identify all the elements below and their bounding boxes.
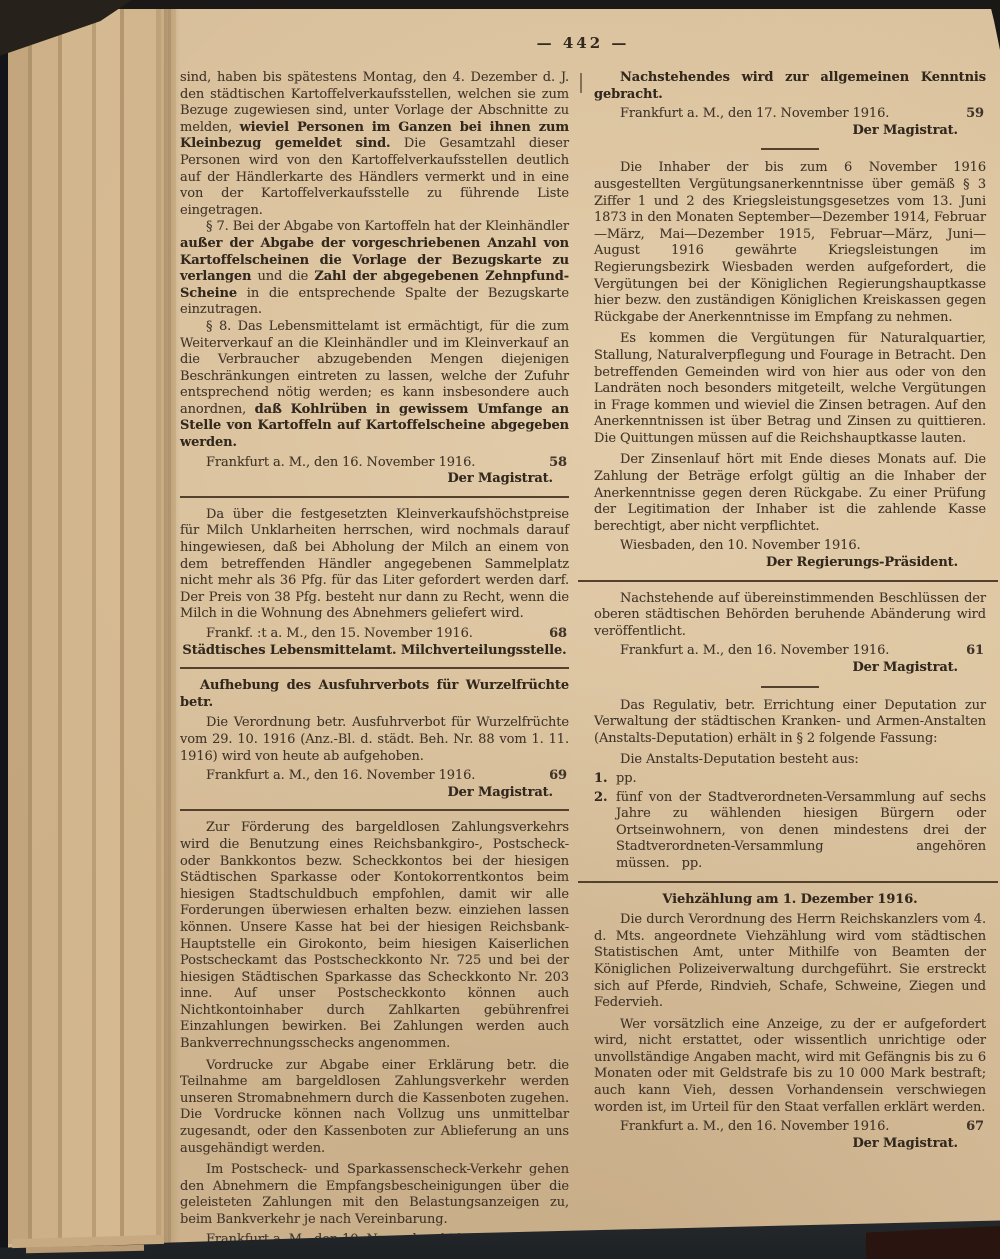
text-run: und die <box>251 269 314 284</box>
paragraph: Die Inhaber der bis zum 6 November 1916 … <box>594 160 986 326</box>
list-item: 2.fünf von der Stadtverordneten-Versamml… <box>594 790 986 873</box>
paragraph: § 8. Das Lebensmittelamt ist ermächtigt,… <box>180 319 569 452</box>
notice-section-milk: Da über die festgesetzten Kleinverkaufsh… <box>180 507 569 659</box>
section-divider <box>180 667 569 669</box>
dateline-text: Frankfurt a. M., den 16. November 1916. <box>180 768 475 785</box>
list-item-number: 2. <box>594 790 616 873</box>
dateline-text: Wiesbaden, den 10. November 1916. <box>594 538 861 555</box>
page-edge-shadow <box>164 8 180 1244</box>
dateline-text: Frankfurt a. M., den 16. November 1916. <box>594 1119 889 1136</box>
notice-heading: Viehzählung am 1. Dezember 1916. <box>594 892 986 909</box>
paragraph: Es kommen die Vergütungen für Naturalqua… <box>594 331 986 447</box>
notice-number: 67 <box>966 1119 986 1136</box>
signature: Der Magistrat. <box>594 660 986 677</box>
notice-number: 68 <box>549 626 569 643</box>
notice-section-potatoes: sind, haben bis spätestens Montag, den 4… <box>180 70 569 488</box>
section-divider <box>578 580 998 582</box>
paragraph: Das Regulativ, betr. Errichtung einer De… <box>594 698 986 748</box>
dateline: Frankfurt a. M., den 16. November 1916.5… <box>180 455 569 472</box>
paragraph: sind, haben bis spätestens Montag, den 4… <box>180 70 569 219</box>
page-edge-stack <box>8 8 176 1244</box>
column-divider <box>580 73 582 93</box>
list-item: 1.pp. <box>594 771 986 788</box>
text-run: in die entsprechende Spalte der Bezugska… <box>180 286 569 318</box>
dateline-text: Frankfurt a. M., den 17. November 1916. <box>594 106 889 123</box>
section-divider <box>578 881 998 883</box>
list-item-number: 1. <box>594 771 616 788</box>
notice-number: 69 <box>549 768 569 785</box>
paragraph: Nachstehendes wird zur allgemeinen Kennt… <box>594 70 986 103</box>
dateline-text: Frankfurt a. M., den 16. November 1916. <box>180 455 475 472</box>
dateline-text: Frankfurt a. M., den 16. November 1916. <box>594 643 889 660</box>
signature: Der Magistrat. <box>180 471 569 488</box>
paragraph: Zur Förderung des bargeldlosen Zahlungsv… <box>180 820 569 1052</box>
notice-number: 58 <box>549 455 569 472</box>
page-number: — 442 — <box>180 34 986 52</box>
dateline: Frankfurt a. M., den 16. November 1916.6… <box>594 1119 986 1136</box>
paragraph: Nachstehende auf übereinstimmenden Besch… <box>594 591 986 641</box>
signature: Städtisches Lebensmittelamt. Milchvertei… <box>180 643 569 660</box>
section-divider <box>180 809 569 811</box>
dateline: Frankfurt a. M., den 16. November 1916.6… <box>594 643 986 660</box>
scanned-gazette-page: — 442 — sind, haben bis spätestens Monta… <box>0 0 1000 1259</box>
paragraph: Vordrucke zur Abgabe einer Erklärung bet… <box>180 1058 569 1158</box>
dateline: Frankf. :t a. M., den 15. November 1916.… <box>180 626 569 643</box>
signature: Der Magistrat. <box>180 785 569 802</box>
section-divider <box>180 496 569 498</box>
notice-heading: Aufhebung des Ausfuhrverbots für Wurzelf… <box>180 678 569 711</box>
text-run: § 7. Bei der Abgabe von Kartoffeln hat d… <box>206 219 569 234</box>
scan-top-edge <box>0 0 1000 9</box>
short-divider <box>761 148 819 150</box>
paragraph: Wer vorsätzlich eine Anzeige, zu der er … <box>594 1017 986 1117</box>
list-item-text: fünf von der Stadtverordneten-Versammlun… <box>616 790 986 873</box>
notice-section-cashless-payment: Zur Förderung des bargeldlosen Zahlungsv… <box>180 820 569 1259</box>
paragraph: Die Verordnung betr. Ausfuhrverbot für W… <box>180 715 569 765</box>
signature: Der Magistrat. <box>594 123 986 140</box>
dateline: Frankfurt a. M., den 16. November 1916.6… <box>180 768 569 785</box>
paragraph: § 7. Bei der Abgabe von Kartoffeln hat d… <box>180 219 569 319</box>
short-divider <box>761 686 819 688</box>
notice-section-deputation: Nachstehende auf übereinstimmenden Besch… <box>594 591 986 873</box>
paragraph: Die Anstalts-Deputation besteht aus: <box>594 752 986 769</box>
paragraph: Die durch Verordnung des Herrn Reichskan… <box>594 912 986 1012</box>
dateline: Wiesbaden, den 10. November 1916. <box>594 538 986 555</box>
signature: Der Magistrat. <box>594 1136 986 1153</box>
paragraph: Im Postscheck- und Sparkassenscheck-Verk… <box>180 1162 569 1228</box>
list-item-text: pp. <box>616 771 986 788</box>
notice-section-export-ban: Aufhebung des Ausfuhrverbots für Wurzelf… <box>180 678 569 801</box>
dateline: Frankfurt a. M., den 17. November 1916.5… <box>594 106 986 123</box>
signature: Der Regierungs-Präsident. <box>594 555 986 572</box>
dateline-text: Frankf. :t a. M., den 15. November 1916. <box>180 626 473 643</box>
notice-number: 59 <box>966 106 986 123</box>
paragraph: Da über die festgesetzten Kleinverkaufsh… <box>180 507 569 623</box>
right-column: Nachstehendes wird zur allgemeinen Kennt… <box>594 70 986 1152</box>
notice-section-war-compensation: Nachstehendes wird zur allgemeinen Kennt… <box>594 70 986 572</box>
notice-section-livestock-census: Viehzählung am 1. Dezember 1916. Die dur… <box>594 892 986 1153</box>
left-column: sind, haben bis spätestens Montag, den 4… <box>180 70 569 1259</box>
notice-number: 61 <box>966 643 986 660</box>
paragraph: Der Zinsenlauf hört mit Ende dieses Mona… <box>594 452 986 535</box>
